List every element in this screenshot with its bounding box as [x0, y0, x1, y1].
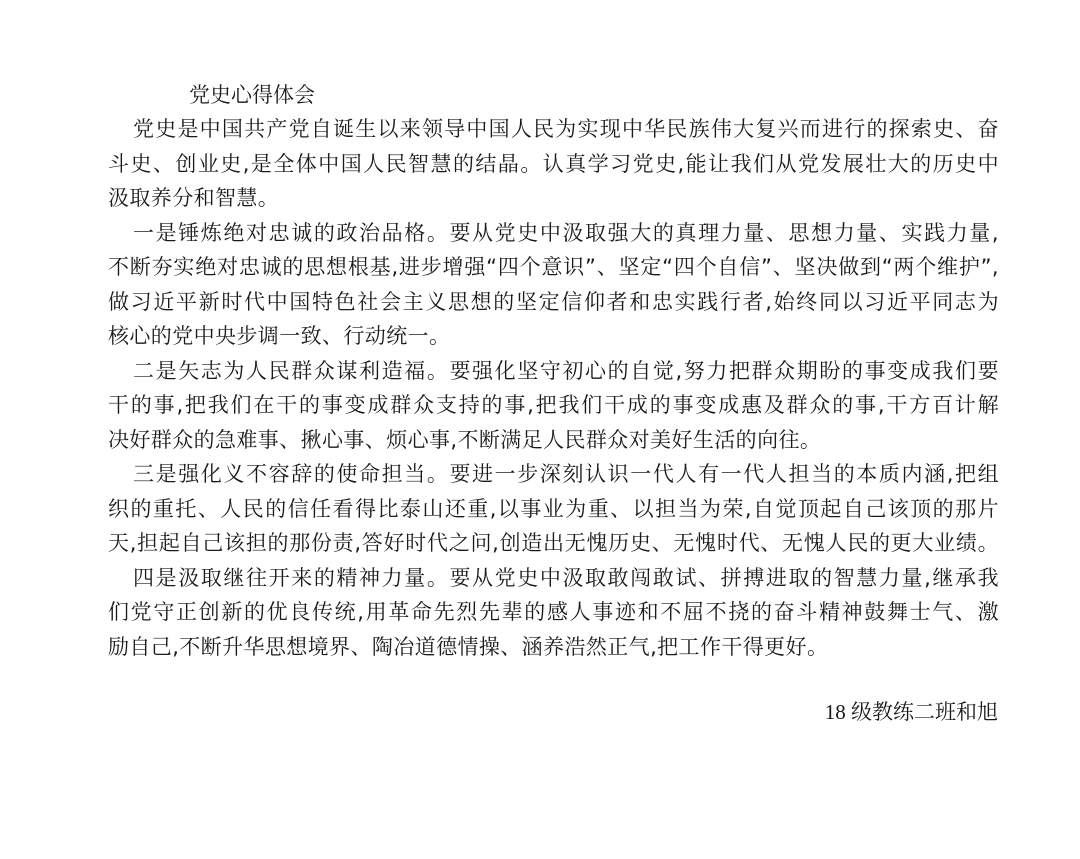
- paragraph-line: 不断夯实绝对忠诚的思想根基,进步增强“四个意识”、坚定“四个自信”、坚决做到“两…: [83, 250, 999, 285]
- paragraph-line: 做习近平新时代中国特色社会主义思想的坚定信仰者和忠实践行者,始终同以习近平同志为: [83, 285, 999, 320]
- paragraph-point-four: 四是汲取继往开来的精神力量。要从党史中汲取敢闯敢试、拼搏进取的智慧力量,继承我 …: [83, 561, 999, 665]
- document-title: 党史心得体会: [83, 78, 999, 112]
- paragraph-line: 核心的党中央步调一致、行动统一。: [83, 319, 999, 354]
- paragraph-line: 一是锤炼绝对忠诚的政治品格。要从党史中汲取强大的真理力量、思想力量、实践力量,: [83, 216, 999, 251]
- paragraph-line: 决好群众的急难事、揪心事、烦心事,不断满足人民群众对美好生活的向往。: [83, 423, 999, 458]
- paragraph-line: 天,担起自己该担的那份责,答好时代之问,创造出无愧历史、无愧时代、无愧人民的更大…: [83, 526, 999, 561]
- paragraph-line: 三是强化义不容辞的使命担当。要进一步深刻认识一代人有一代人担当的本质内涵,把组: [83, 457, 999, 492]
- document-body: 党史心得体会 党史是中国共产党自诞生以来领导中国人民为实现中华民族伟大复兴而进行…: [83, 78, 999, 664]
- paragraph-line: 织的重托、人民的信任看得比泰山还重,以事业为重、以担当为荣,自觉顶起自己该顶的那…: [83, 492, 999, 527]
- paragraph-point-three: 三是强化义不容辞的使命担当。要进一步深刻认识一代人有一代人担当的本质内涵,把组 …: [83, 457, 999, 561]
- paragraph-line: 干的事,把我们在干的事变成群众支持的事,把我们干成的事变成惠及群众的事,干方百计…: [83, 388, 999, 423]
- paragraph-point-two: 二是矢志为人民群众谋利造福。要强化坚守初心的自觉,努力把群众期盼的事变成我们要 …: [83, 354, 999, 458]
- paragraph-line: 二是矢志为人民群众谋利造福。要强化坚守初心的自觉,努力把群众期盼的事变成我们要: [83, 354, 999, 389]
- paragraph-point-one: 一是锤炼绝对忠诚的政治品格。要从党史中汲取强大的真理力量、思想力量、实践力量, …: [83, 216, 999, 354]
- paragraph-line: 党史是中国共产党自诞生以来领导中国人民为实现中华民族伟大复兴而进行的探索史、奋: [83, 112, 999, 147]
- paragraph-line: 汲取养分和智慧。: [83, 181, 999, 216]
- paragraph-intro: 党史是中国共产党自诞生以来领导中国人民为实现中华民族伟大复兴而进行的探索史、奋 …: [83, 112, 999, 216]
- author-signature: 18 级教练二班和旭: [825, 697, 998, 727]
- paragraph-line: 四是汲取继往开来的精神力量。要从党史中汲取敢闯敢试、拼搏进取的智慧力量,继承我: [83, 561, 999, 596]
- paragraph-line: 励自己,不断升华思想境界、陶冶道德情操、涵养浩然正气,把工作干得更好。: [83, 630, 999, 665]
- paragraph-line: 们党守正创新的优良传统,用革命先烈先辈的感人事迹和不屈不挠的奋斗精神鼓舞士气、激: [83, 595, 999, 630]
- paragraph-line: 斗史、创业史,是全体中国人民智慧的结晶。认真学习党史,能让我们从党发展壮大的历史…: [83, 147, 999, 182]
